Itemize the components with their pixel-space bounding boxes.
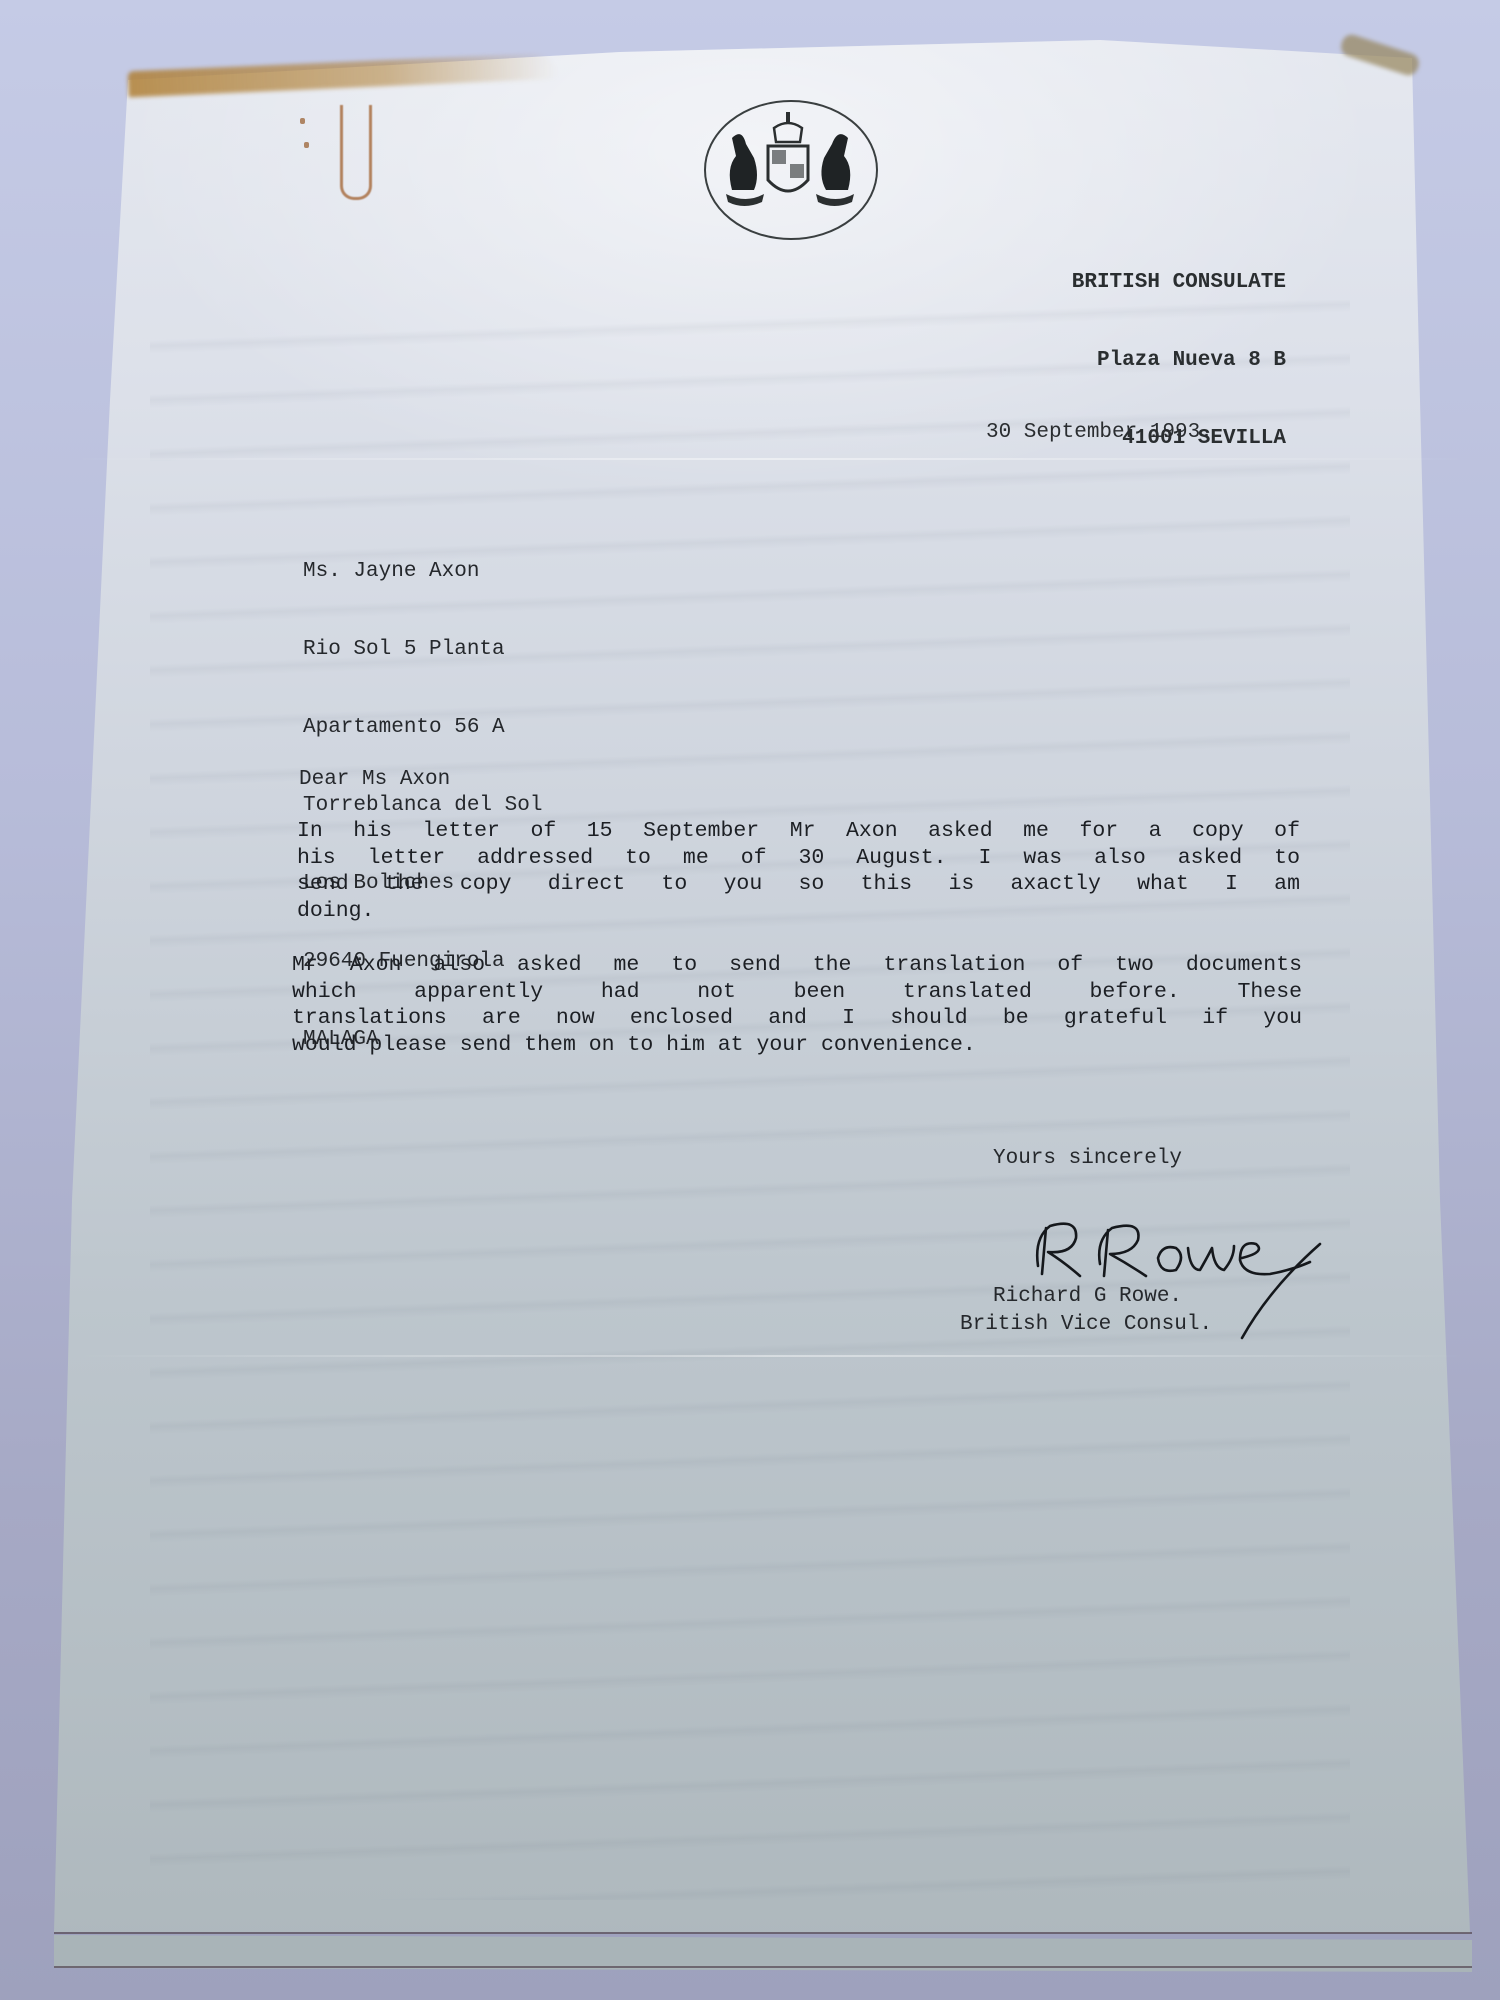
signatory-title: British Vice Consul.: [960, 1312, 1212, 1338]
paragraph-line: send the copy direct to you so this is a…: [297, 871, 1300, 898]
salutation: Dear Ms Axon: [299, 767, 450, 793]
consulate-street: Plaza Nueva 8 B: [1072, 348, 1286, 374]
recipient-line: Ms. Jayne Axon: [303, 559, 542, 585]
paragraph-line: his letter addressed to me of 30 August.…: [297, 845, 1300, 872]
paragraph-line: would please send them on to him at your…: [292, 1032, 1302, 1059]
recipient-line: Apartamento 56 A: [303, 715, 542, 741]
body-paragraph-1: In his letter of 15 September Mr Axon as…: [297, 818, 1300, 924]
paragraph-line: which apparently had not been translated…: [292, 979, 1302, 1006]
closing: Yours sincerely: [993, 1146, 1182, 1172]
paragraph-line: doing.: [297, 898, 1300, 925]
paragraph-line: Mr Axon also asked me to send the transl…: [292, 952, 1302, 979]
letter-date: 30 September 1993.: [986, 421, 1213, 444]
consulate-name: BRITISH CONSULATE: [1072, 270, 1286, 296]
recipient-line: Rio Sol 5 Planta: [303, 637, 542, 663]
sheet-edge-lower: [54, 1966, 1472, 1968]
signatory-name: Richard G Rowe.: [993, 1284, 1182, 1310]
paragraph-line: In his letter of 15 September Mr Axon as…: [297, 818, 1300, 845]
rust-dot: [304, 142, 309, 148]
paperclip-rust-mark: [340, 105, 372, 200]
body-paragraph-2: Mr Axon also asked me to send the transl…: [292, 952, 1302, 1058]
recipient-line: Torreblanca del Sol: [303, 793, 542, 819]
sheet-edge: [54, 1932, 1472, 1934]
rust-dot: [300, 118, 305, 124]
paragraph-line: translations are now enclosed and I shou…: [292, 1005, 1302, 1032]
paper-fold: [70, 1355, 1470, 1357]
crest-icon: [702, 98, 880, 242]
